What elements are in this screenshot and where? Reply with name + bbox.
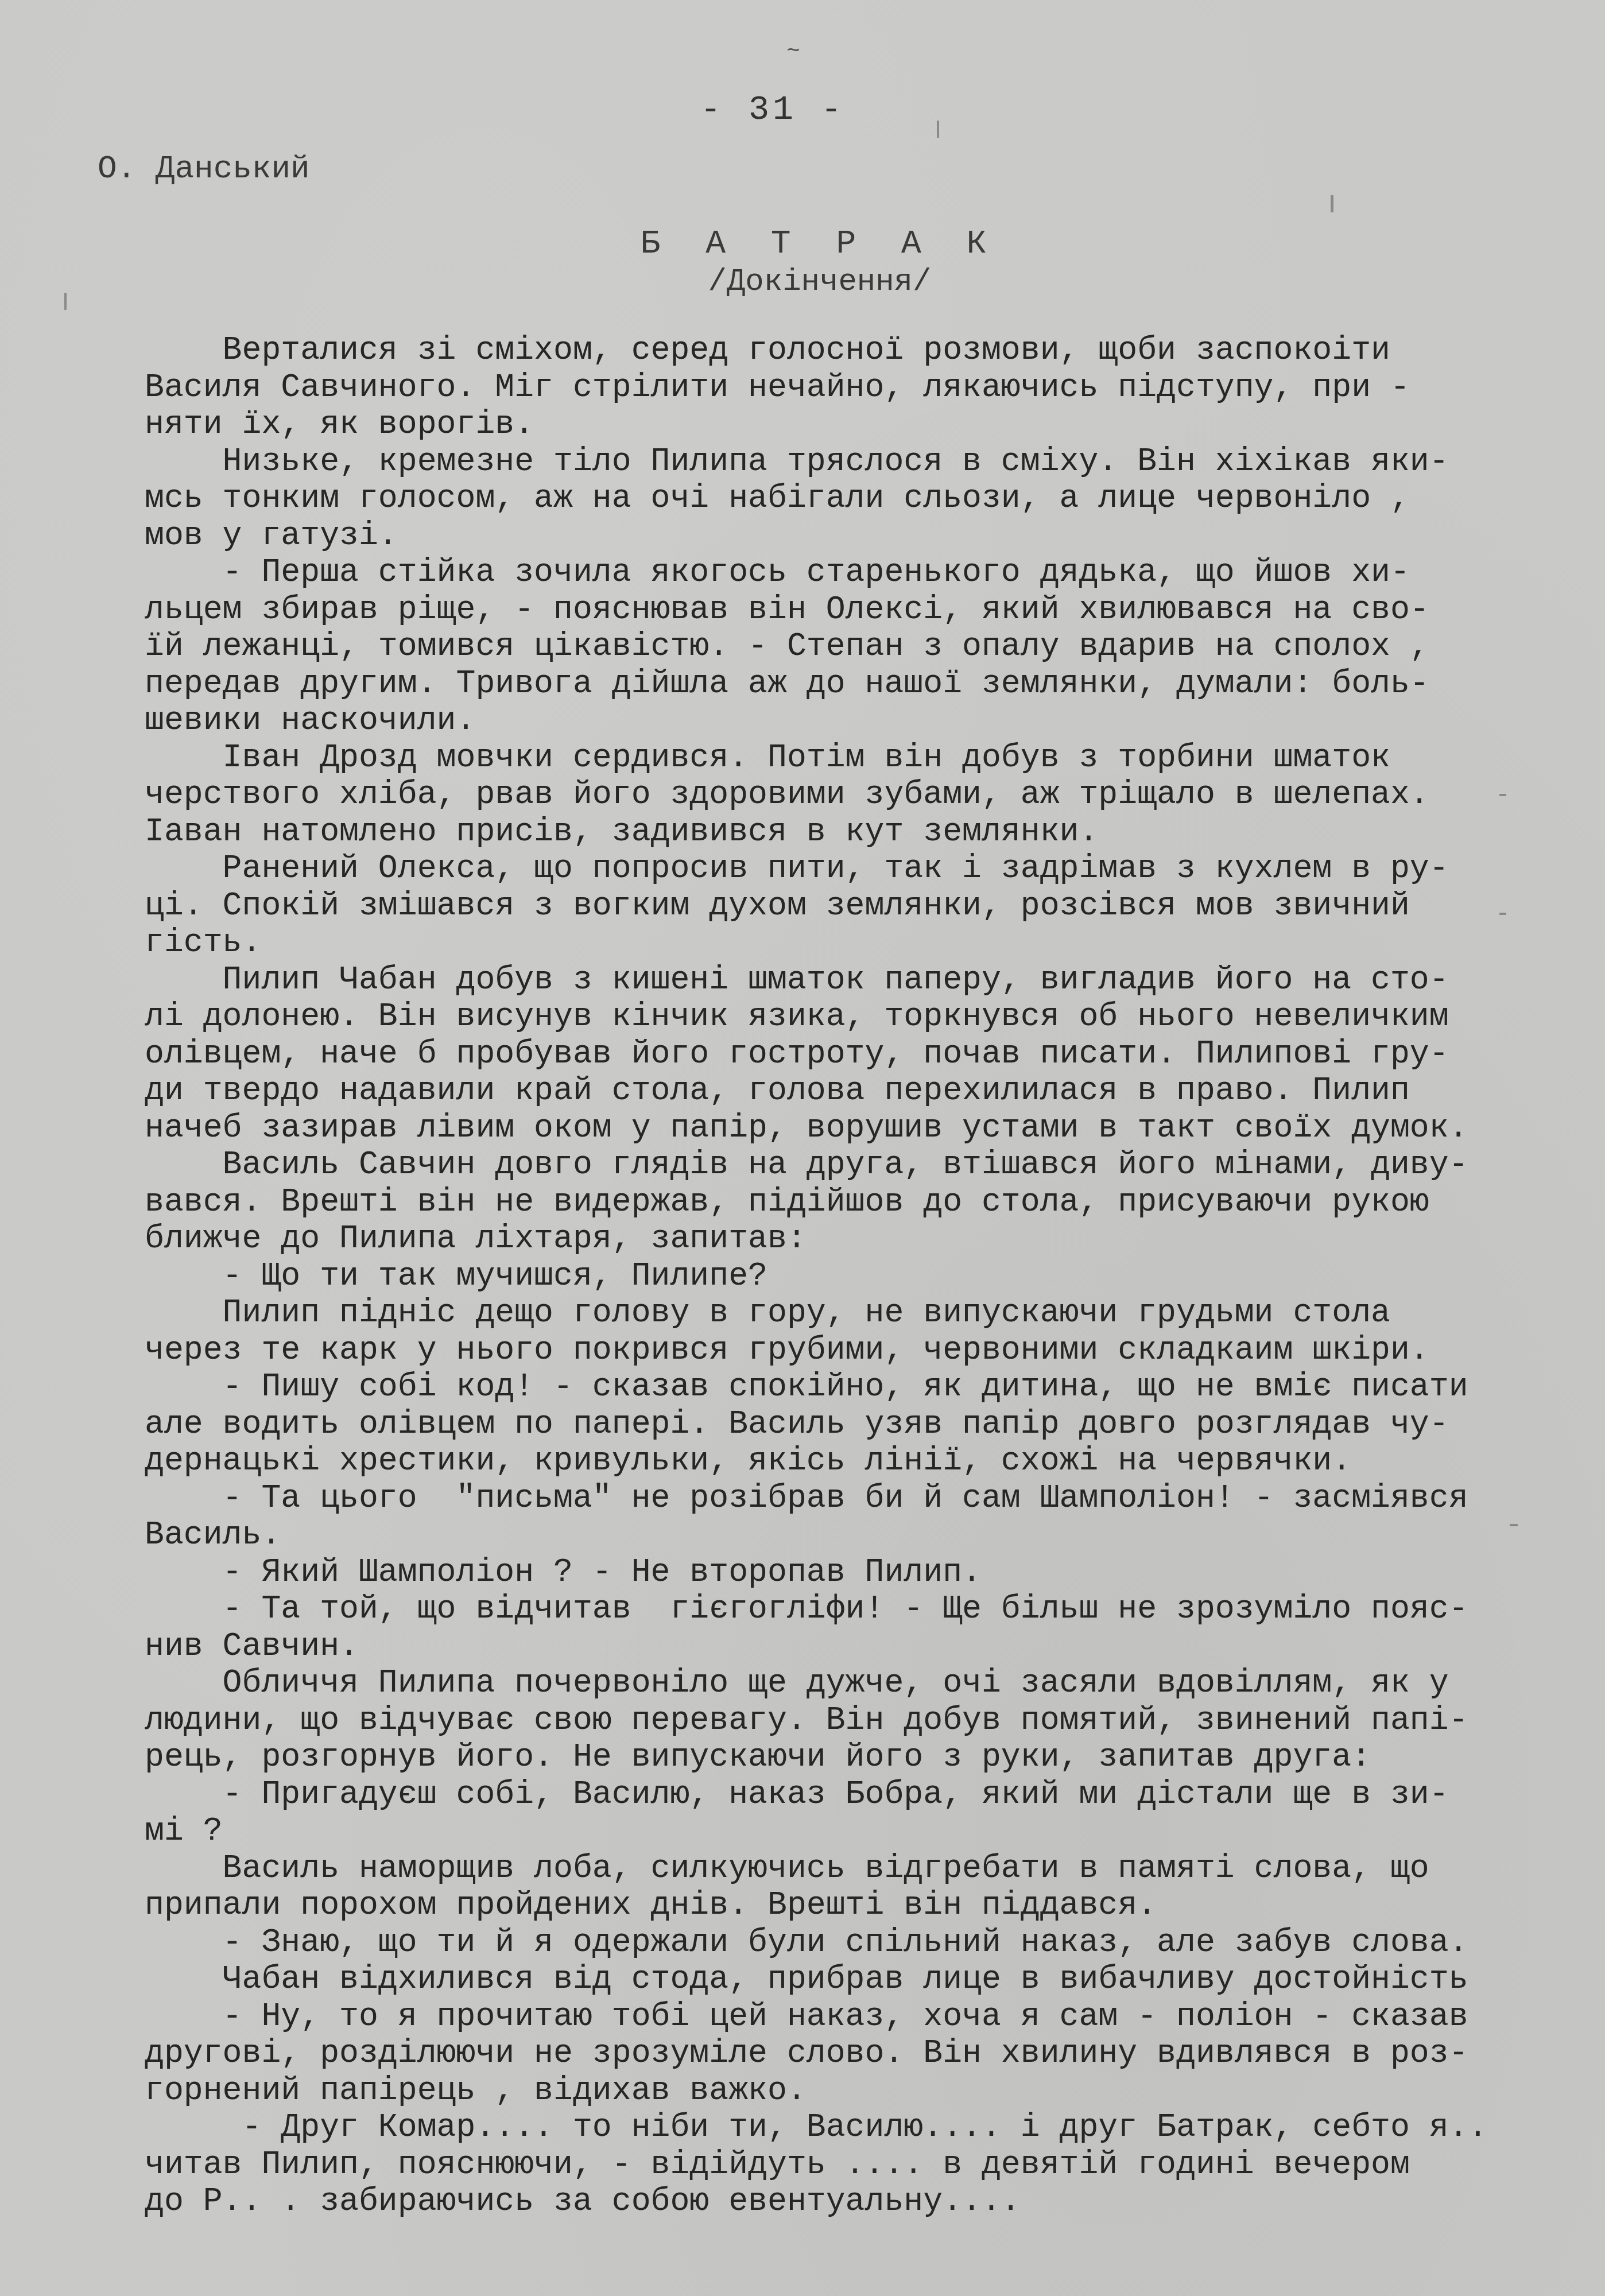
paper-speck xyxy=(1510,1524,1518,1526)
text-line: - Пригадуєш собі, Василю, наказ Бобра, я… xyxy=(145,1776,1557,1813)
text-line: до Р.. . забираючись за собою евентуальн… xyxy=(145,2183,1557,2220)
text-line: лі долонею. Він висунув кінчик язика, то… xyxy=(145,998,1557,1035)
text-line: Верталися зі сміхом, серед голосної розм… xyxy=(145,332,1557,369)
text-line: льцем збирав ріще, - пояснював він Олекс… xyxy=(145,591,1557,629)
text-line: людини, що відчуває свою перевагу. Він д… xyxy=(145,1702,1557,1739)
text-line: - Ну, то я прочитаю тобі цей наказ, хоча… xyxy=(145,1998,1557,2035)
text-line: ці. Спокій змішався з вогким духом земля… xyxy=(145,887,1557,925)
page-number-text: - 31 - xyxy=(700,91,845,130)
text-line: - Та цього "письма" не розібрав би й сам… xyxy=(145,1480,1557,1517)
text-line: ближче до Пилипа ліхтаря, запитав: xyxy=(145,1220,1557,1258)
text-line: - Перша стійка зочила якогось стареньког… xyxy=(145,554,1557,591)
story-title: Б А Т Р А К xyxy=(34,225,1605,264)
text-line: Іван Дрозд мовчки сердився. Потім він до… xyxy=(145,739,1557,777)
body-text: Верталися зі сміхом, серед голосної розм… xyxy=(145,332,1557,2220)
text-line: - Знаю, що ти й я одержали були спільний… xyxy=(145,1924,1557,1961)
text-line: Низьке, кремезне тіло Пилипа тряслося в … xyxy=(145,443,1557,480)
text-line: другові, розділюючи не зрозуміле слово. … xyxy=(145,2035,1557,2072)
paper-speck xyxy=(1331,195,1333,212)
text-line: Ранений Олекса, що попросив пити, так і … xyxy=(145,850,1557,887)
text-line: шевики наскочили. xyxy=(145,702,1557,739)
text-line: олівцем, наче б пробував його гостроту, … xyxy=(145,1035,1557,1073)
story-subtitle: /Докінчення/ xyxy=(34,264,1605,301)
text-line: Обличчя Пилипа почервоніло ще дужче, очі… xyxy=(145,1665,1557,1702)
page-number: ~ - 31 - xyxy=(700,91,845,130)
text-line: читав Пилип, пояснюючи, - відійдуть ....… xyxy=(145,2146,1557,2183)
text-line: рець, розгорнув його. Не випускаючи його… xyxy=(145,1739,1557,1776)
text-line: Василь Савчин довго глядів на друга, вті… xyxy=(145,1146,1557,1184)
text-line: мі ? xyxy=(145,1813,1557,1850)
text-line: ди твердо надавили край стола, голова пе… xyxy=(145,1072,1557,1110)
text-line: няти їх, як ворогів. xyxy=(145,406,1557,443)
paper-speck xyxy=(1499,794,1506,796)
text-line: Пилип Чабан добув з кишені шматок паперу… xyxy=(145,961,1557,999)
text-line: передав другим. Тривога дійшла аж до наш… xyxy=(145,665,1557,703)
text-line: Василя Савчиного. Міг стрілити нечайно, … xyxy=(145,369,1557,406)
text-line: - Пишу собі код! - сказав спокійно, як д… xyxy=(145,1368,1557,1406)
text-line: - Що ти так мучишся, Пилипе? xyxy=(145,1258,1557,1295)
margin-mark: ~ xyxy=(786,39,804,65)
text-line: припали порохом пройдених днів. Врешті в… xyxy=(145,1887,1557,1924)
text-line: - Та той, що відчитав гієгогліфи! - Ще б… xyxy=(145,1591,1557,1628)
text-line: Іаван натомлено присів, задивився в кут … xyxy=(145,813,1557,851)
paper-speck xyxy=(64,293,67,310)
text-line: нив Савчин. xyxy=(145,1628,1557,1665)
text-line: - Який Шамполіон ? - Не второпав Пилип. xyxy=(145,1554,1557,1591)
paper-speck xyxy=(1499,913,1506,915)
title-block: Б А Т Р А К /Докінчення/ xyxy=(0,225,1605,301)
text-line: дернацькі хрестики, кривульки, якісь лін… xyxy=(145,1442,1557,1480)
text-line: горнений папірець , відихав важко. xyxy=(145,2072,1557,2109)
text-line: Василь наморщив лоба, силкуючись відгреб… xyxy=(145,1850,1557,1887)
text-line: гість. xyxy=(145,924,1557,961)
text-line: - Друг Комар.... то ніби ти, Василю.... … xyxy=(145,2109,1557,2146)
text-line: Чабан відхилився від стода, прибрав лице… xyxy=(145,1961,1557,1998)
text-line: мов у гатузі. xyxy=(145,517,1557,554)
text-line: вався. Врешті він не видержав, підійшов … xyxy=(145,1184,1557,1221)
text-line: Пилип підніс дещо голову в гору, не випу… xyxy=(145,1294,1557,1332)
author-name: О. Данський xyxy=(98,150,310,187)
text-line: мсь тонким голосом, аж на очі набігали с… xyxy=(145,480,1557,517)
text-line: Василь. xyxy=(145,1517,1557,1554)
text-line: через те карк у нього покрився грубими, … xyxy=(145,1332,1557,1369)
text-line: начеб зазирав лівим оком у папір, воруши… xyxy=(145,1110,1557,1147)
document-page: ~ - 31 - О. Данський Б А Т Р А К /Докінч… xyxy=(0,0,1605,2296)
text-line: черствого хліба, рвав його здоровими зуб… xyxy=(145,776,1557,813)
paper-speck xyxy=(937,121,939,138)
text-line: але водить олівцем по папері. Василь узя… xyxy=(145,1406,1557,1443)
text-line: їй лежанці, томився цікавістю. - Степан … xyxy=(145,628,1557,665)
